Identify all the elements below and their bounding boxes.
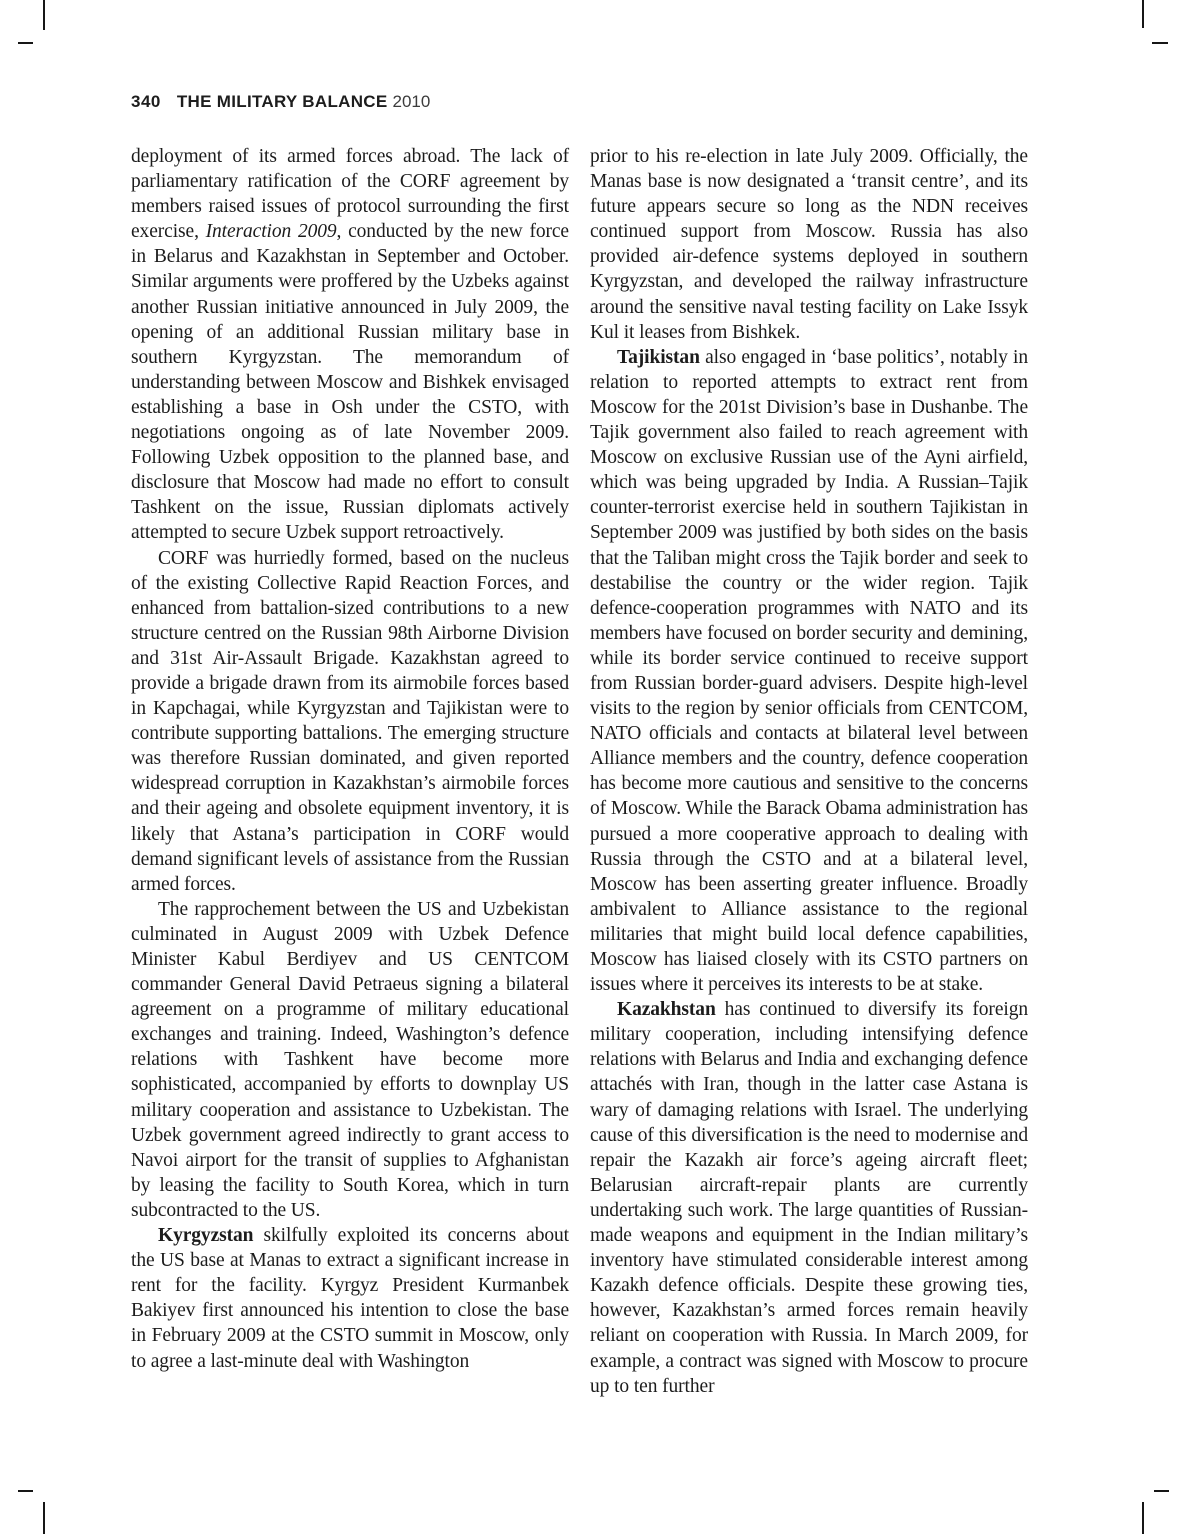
text-columns: deployment of its armed forces abroad. T…	[131, 144, 1028, 1399]
body-text: also engaged in ‘base politics’, notably…	[590, 347, 1028, 995]
italic-text: Interaction 2009	[206, 221, 337, 242]
paragraph: Tajikistan also engaged in ‘base politic…	[590, 345, 1028, 997]
paragraph: Kazakhstan has continued to diversify it…	[590, 997, 1028, 1399]
bold-text: Kazakhstan	[617, 999, 716, 1020]
crop-mark-bottom-left-vertical	[43, 1502, 45, 1534]
body-text: prior to his re-election in late July 20…	[590, 146, 1028, 343]
crop-mark-top-left-horizontal	[18, 42, 33, 44]
page-number: 340	[131, 92, 161, 111]
paragraph: deployment of its armed forces abroad. T…	[131, 144, 569, 546]
paragraph: Kyrgyzstan skilfully exploited its conce…	[131, 1223, 569, 1374]
edition-year: 2010	[393, 92, 431, 111]
body-text: The rapprochement between the US and Uzb…	[131, 899, 569, 1221]
body-text: CORF was hurriedly formed, based on the …	[131, 548, 569, 895]
paragraph: The rapprochement between the US and Uzb…	[131, 897, 569, 1223]
bold-text: Tajikistan	[617, 347, 700, 368]
crop-mark-bottom-left-horizontal	[18, 1490, 33, 1492]
running-head: 340THE MILITARY BALANCE2010	[131, 92, 430, 112]
left-column: deployment of its armed forces abroad. T…	[131, 144, 569, 1399]
book-title: THE MILITARY BALANCE	[177, 92, 388, 111]
crop-mark-bottom-right-vertical	[1142, 1502, 1144, 1534]
crop-mark-top-left-vertical	[43, 0, 45, 30]
body-text: skilfully exploited its concerns about t…	[131, 1225, 569, 1371]
crop-mark-bottom-right-horizontal	[1154, 1490, 1169, 1492]
paragraph: prior to his re-election in late July 20…	[590, 144, 1028, 345]
bold-text: Kyrgyzstan	[158, 1225, 253, 1246]
book-page: 340THE MILITARY BALANCE2010 deployment o…	[0, 0, 1186, 1534]
body-text: , conducted by the new force in Belarus …	[131, 221, 569, 543]
crop-mark-top-right-horizontal	[1152, 42, 1168, 44]
crop-mark-top-right-vertical	[1142, 0, 1144, 28]
paragraph: CORF was hurriedly formed, based on the …	[131, 546, 569, 897]
right-column: prior to his re-election in late July 20…	[590, 144, 1028, 1399]
body-text: has continued to diversify its foreign m…	[590, 999, 1028, 1396]
